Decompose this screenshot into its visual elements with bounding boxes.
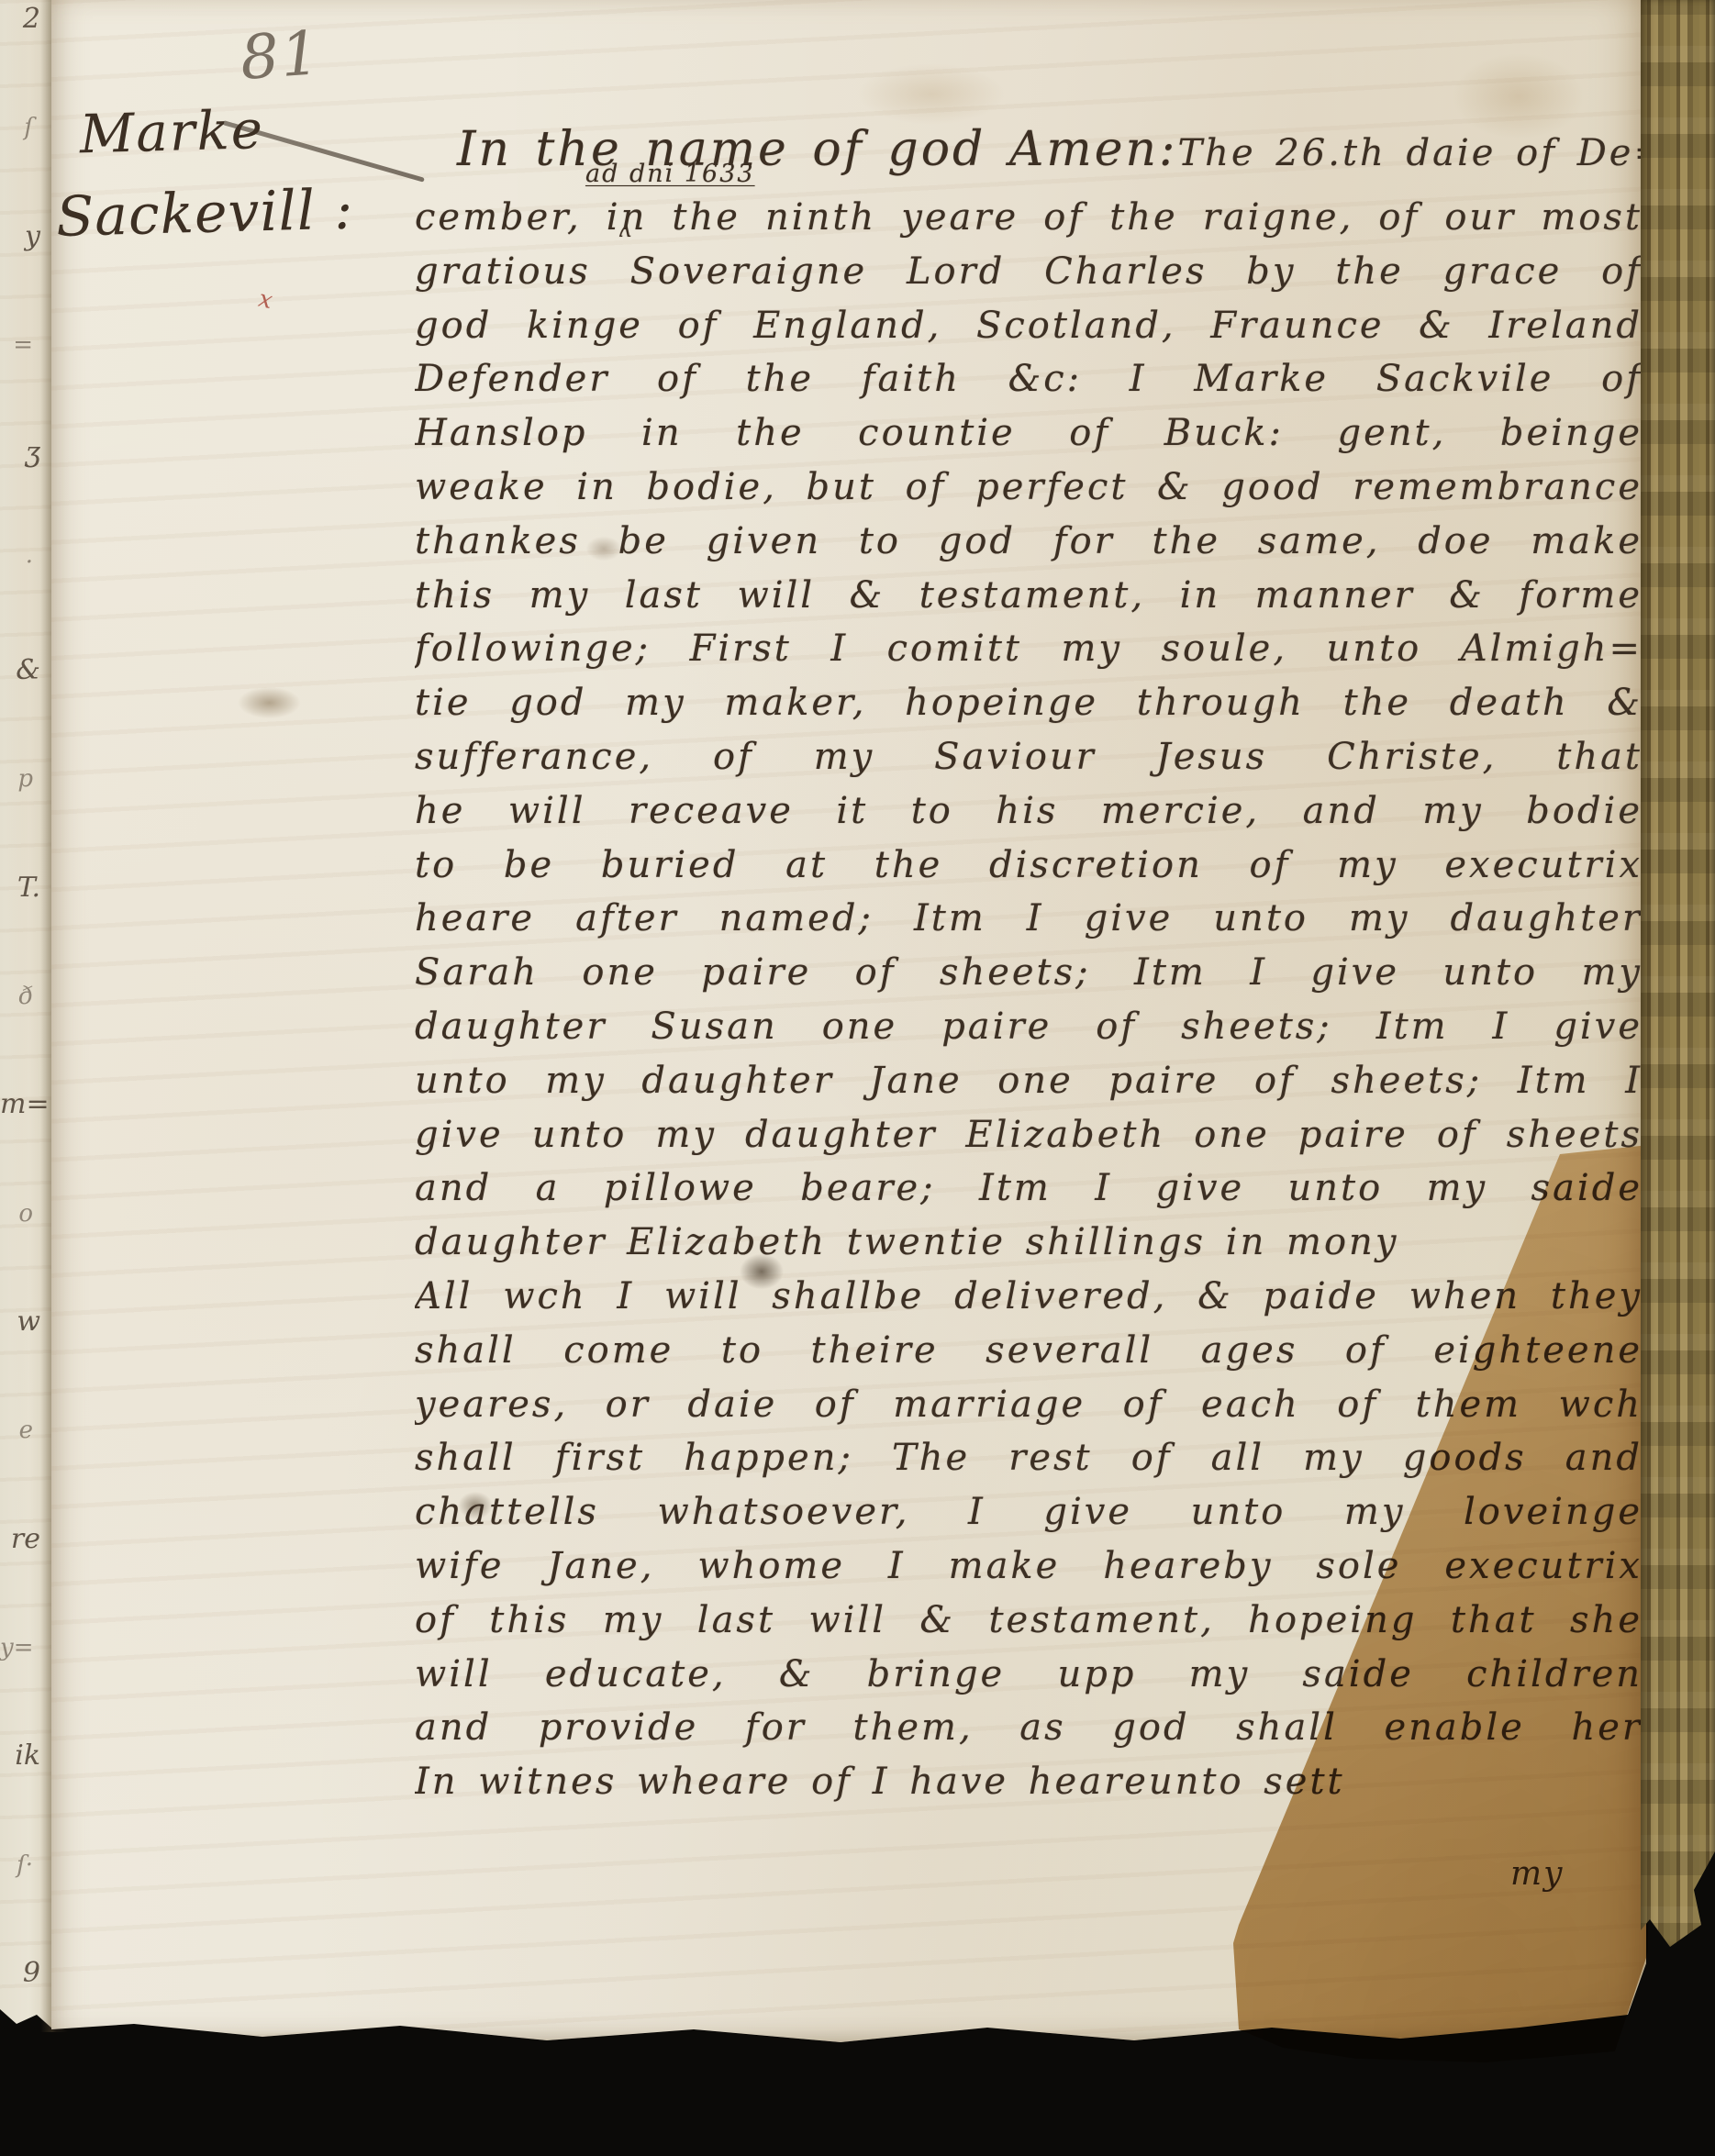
edge-fragment: e <box>0 1418 46 1442</box>
edge-fragment: · <box>0 550 46 574</box>
margin-note-forename: Marke <box>79 88 384 173</box>
manuscript-line: shall come to theire severall ages of ei… <box>415 1324 1643 1378</box>
edge-fragment: w <box>0 1308 46 1336</box>
interlinear-insertion-date: ad dni 1633 <box>585 160 755 188</box>
manuscript-line: of this my last will & testament, hopein… <box>415 1594 1643 1648</box>
edge-fragment: re <box>0 1526 46 1553</box>
edge-fragment: o <box>0 1202 46 1226</box>
manuscript-line: this my last will & testament, in manner… <box>415 569 1643 623</box>
manuscript-line: followinge; First I comitt my soule, unt… <box>415 622 1643 676</box>
manuscript-line: chattells whatsoever, I give unto my lov… <box>415 1485 1643 1539</box>
manuscript-line: and provide for them, as god shall enabl… <box>415 1701 1643 1755</box>
edge-fragment: 2 <box>0 6 46 33</box>
edge-fragment: y= <box>0 1636 46 1660</box>
opening-line-rest: The 26.th daie of De= <box>1178 112 1667 194</box>
manuscript-line: sufferance, of my Saviour Jesus Christe,… <box>415 730 1643 784</box>
edge-fragment: ſ <box>0 116 46 139</box>
manuscript-line: give unto my daughter Elizabeth one pair… <box>415 1108 1643 1162</box>
manuscript-photo: 2ſy=ʒ·&pT.ðm=owerey=ikſ·9 81 Marke Sacke… <box>0 0 1715 2156</box>
manuscript-line: to be buried at the discretion of my exe… <box>415 839 1643 893</box>
edge-fragment: p <box>0 767 46 791</box>
manuscript-line: All wch I will shallbe delivered, & paid… <box>415 1270 1643 1324</box>
manuscript-line: Hanslop in the countie of Buck: gent, be… <box>415 406 1643 461</box>
insertion-caret: ʌ <box>618 217 631 242</box>
edge-fragment: ð <box>0 984 46 1008</box>
manuscript-line: In witnes wheare of I have heareunto set… <box>415 1755 1643 1809</box>
edge-fragment: y <box>0 223 46 250</box>
manuscript-line: tie god my maker, hopeinge through the d… <box>415 676 1643 730</box>
margin-note: Marke Sackevill : <box>79 88 386 261</box>
manuscript-line: thankes be given to god for the same, do… <box>415 515 1643 569</box>
catchword: my <box>1510 1855 1564 1893</box>
manuscript-line: weake in bodie, but of perfect & good re… <box>415 461 1643 515</box>
manuscript-line: unto my daughter Jane one paire of sheet… <box>415 1054 1643 1108</box>
edge-fragment: 9 <box>0 1960 46 1987</box>
edge-fragment: = <box>0 333 46 357</box>
manuscript-line: Sarah one paire of sheets; Itm I give un… <box>415 946 1643 1000</box>
manuscript-line: gratious Soveraigne Lord Charles by the … <box>415 245 1643 299</box>
edge-fragment-column: 2ſy=ʒ·&pT.ðm=owerey=ikſ·9 <box>0 6 46 1987</box>
manuscript-line: wife Jane, whome I make heareby sole exe… <box>415 1539 1643 1594</box>
manuscript-line: daughter Susan one paire of sheets; Itm … <box>415 1000 1643 1054</box>
edge-fragment: ʒ <box>0 439 46 467</box>
edge-fragment: T. <box>0 874 46 902</box>
edge-fragment: m= <box>0 1091 46 1118</box>
manuscript-line: he will receave it to his mercie, and my… <box>415 784 1643 839</box>
manuscript-line: shall first happen; The rest of all my g… <box>415 1431 1643 1485</box>
margin-note-surname: Sackevill : <box>55 165 385 261</box>
page-number: 81 <box>238 17 323 94</box>
manuscript-line: Defender of the faith &c: I Marke Sackvi… <box>415 352 1643 406</box>
manuscript-line: heare after named; Itm I give unto my da… <box>415 892 1643 946</box>
manuscript-line: daughter Elizabeth twentie shillings in … <box>415 1216 1643 1270</box>
edge-fragment: & <box>0 657 46 684</box>
manuscript-line: cember, in the ninth yeare of the raigne… <box>415 191 1643 245</box>
opening-phrase: In the name of god Amen: <box>457 108 1178 191</box>
manuscript-line: god kinge of England, Scotland, Fraunce … <box>415 299 1643 353</box>
binding-edge <box>1641 0 1715 1947</box>
will-text-block: In the name of god Amen: The 26.th daie … <box>415 108 1643 1809</box>
manuscript-line: and a pillowe beare; Itm I give unto my … <box>415 1161 1643 1216</box>
manuscript-line: will educate, & bringe upp my saide chil… <box>415 1648 1643 1702</box>
manuscript-lines: cember, in the ninth yeare of the raigne… <box>415 191 1643 1809</box>
manuscript-line: yeares, or daie of marriage of each of t… <box>415 1378 1643 1432</box>
edge-fragment: ik <box>0 1742 46 1770</box>
edge-fragment: ſ· <box>0 1853 46 1877</box>
